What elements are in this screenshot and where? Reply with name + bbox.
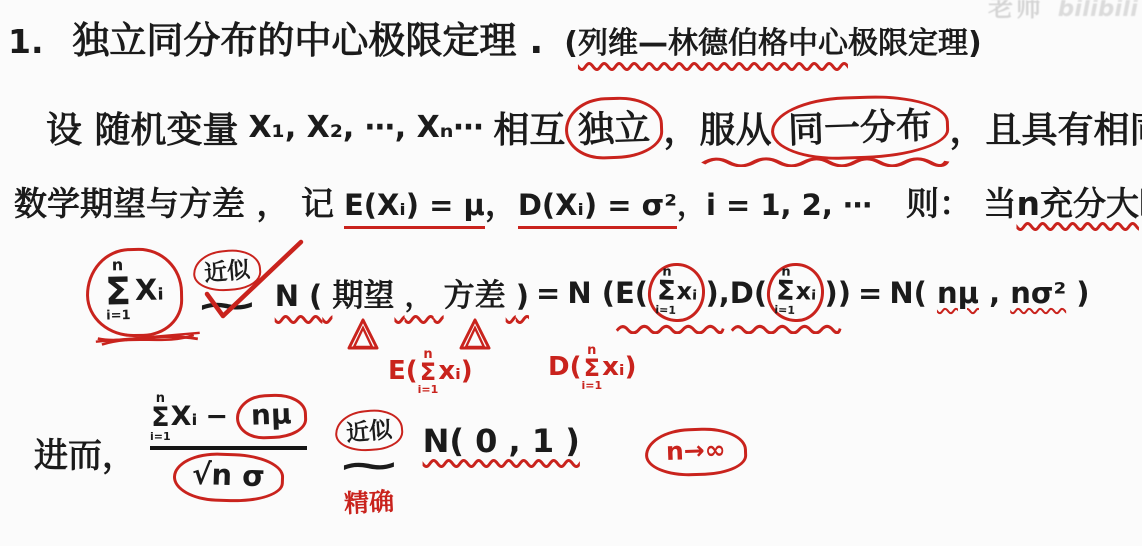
outer-close: ): [838, 276, 851, 310]
comma-1: ，: [663, 102, 699, 153]
standardized-fraction: n Σ i=1 Xᵢ − nμ √n σ: [150, 392, 307, 502]
n-large-text: n充分大: [1016, 178, 1139, 225]
fraction-denominator: √n σ: [173, 453, 284, 502]
sum-variable: xᵢ: [602, 352, 624, 382]
watermark-text-wrap: 老师 bilibili: [988, 0, 1138, 20]
index-range: ，i = 1, 2, ⋯: [677, 183, 872, 224]
sigma-operator: n Σ i=1: [104, 257, 131, 323]
sigma-lower-limit: i=1: [655, 304, 676, 316]
variance-annotation: D( n Σ i=1 xᵢ ): [548, 344, 637, 391]
fraction-numerator: n Σ i=1 Xᵢ − nμ: [150, 392, 307, 442]
ann-e-close: ): [461, 356, 473, 386]
d-close: ): [824, 276, 837, 310]
sigma-symbol: Σ: [151, 405, 169, 431]
sum-circled-small: n Σ i=1 xᵢ: [647, 262, 706, 323]
precise-label: 精确: [343, 481, 395, 520]
expectation-variance-text: 数学期望与方差 ， 记: [14, 178, 334, 225]
furthermore-text: 进而，: [34, 428, 136, 477]
title-number: 1.: [8, 22, 44, 61]
sum-circled-small: n Σ i=1 xᵢ: [766, 262, 825, 323]
minus-sign: −: [205, 401, 228, 432]
fraction-bar: [150, 446, 307, 450]
sigma-lower-limit: i=1: [150, 431, 171, 442]
sigma-operator: n Σ i=1: [581, 344, 602, 391]
statement-line-2: 数学期望与方差 ， 记 E(Xᵢ) = μ ， D(Xᵢ) = σ² ，i = …: [14, 178, 1142, 229]
obey-text: 服从: [699, 102, 771, 153]
sigma-operator: n Σ i=1: [774, 266, 796, 316]
watermark-cn-text: 老师: [988, 0, 1044, 20]
same-distribution-group: 服从 同一分布: [699, 96, 949, 159]
n-to-infinity-badge: n→∞: [644, 426, 747, 478]
sum-variable: Xᵢ: [135, 272, 164, 306]
normal-open: N (: [275, 279, 323, 313]
d-open: D(: [730, 276, 767, 310]
intro-text: 设 随机变量: [46, 102, 239, 153]
sigma-lower-limit: i=1: [581, 380, 602, 391]
sigma-operator: n Σ i=1: [655, 266, 677, 316]
independence-circled: 独立: [564, 95, 664, 160]
variables-list: X₁, X₂, ⋯, Xₙ⋯: [249, 110, 484, 145]
mean-word: 期望: [332, 270, 394, 315]
result-mean: nμ: [937, 276, 979, 310]
normal-open-2: N (: [567, 276, 615, 310]
sigma-lower-limit: i=1: [774, 304, 795, 316]
title-paren-rest: 极限定理): [848, 26, 982, 61]
title-paren-open: (: [564, 26, 578, 61]
sum-variable: Xᵢ: [171, 401, 198, 432]
mean-word-text: 期望: [332, 278, 394, 314]
generic-normal-group: N ( 期望 ， 方差 ): [275, 270, 529, 315]
sum-variable: xᵢ: [438, 356, 460, 386]
mutual-text: 相互: [493, 102, 565, 153]
wavy-underline: [615, 321, 725, 334]
scribble-underline: [94, 327, 206, 349]
result-variance: nσ²: [1010, 276, 1066, 310]
expectation-annotation: E( n Σ i=1 xᵢ ): [388, 348, 473, 395]
sum-variable: xᵢ: [676, 277, 698, 306]
wavy-underline: [699, 153, 951, 167]
variance-word-text: 方差: [444, 278, 506, 314]
approx-distributed-symbol: 近似 ∼: [193, 250, 261, 320]
n-mu-circled: nμ: [235, 393, 307, 440]
comma-2: ，: [485, 178, 518, 225]
statement-line-1: 设 随机变量 X₁, X₂, ⋯, Xₙ⋯ 相互 独立 ， 服从 同一分布 ，且…: [46, 96, 1142, 159]
handwritten-notes-page: 老师 bilibili 1. 独立同分布的中心极限定理 . (列维—林德伯格中心…: [0, 0, 1142, 546]
sigma-symbol: Σ: [420, 361, 436, 384]
conclusion-line: 进而， n Σ i=1 Xᵢ − nμ √n σ 近似 ∼ 精确 N( 0 ,: [34, 392, 580, 502]
comma-4: ,: [719, 276, 730, 310]
equals-sign: =: [536, 276, 560, 310]
title-dot: .: [529, 19, 543, 62]
ann-d-close: ): [625, 352, 637, 382]
sigma-symbol: Σ: [776, 279, 795, 305]
expectation-formula: E(Xᵢ) = μ: [344, 188, 485, 229]
ann-e-open: E(: [388, 356, 418, 386]
triangle-marker-icon: [346, 317, 380, 353]
variance-word: 方差: [444, 270, 506, 315]
variance-term: D( n Σ i=1 xᵢ ): [730, 263, 838, 322]
tilde-symbol: ∼: [193, 291, 260, 320]
result-distribution: N( nμ , nσ² ): [889, 276, 1089, 310]
approx-distributed-symbol-2: 近似 ∼ 精确: [335, 410, 403, 519]
wavy-underline: [730, 321, 842, 334]
watermark: 老师 bilibili: [988, 0, 1138, 20]
result-comma: ,: [989, 276, 1000, 310]
e-close: ): [705, 276, 718, 310]
main-formula-line: n Σ i=1 Xᵢ 近似 ∼ N ( 期望 ， 方差 ) =: [86, 248, 1090, 337]
e-open: E(: [615, 276, 648, 310]
sigma-lower-limit: i=1: [106, 309, 131, 322]
result-close: ): [1076, 276, 1089, 310]
line2-tail: ，且具有相同的: [949, 102, 1142, 153]
bilibili-logo: bilibili: [1058, 0, 1138, 20]
title-theorem-name: 列维—林德伯格中心: [578, 26, 848, 61]
same-distribution-circled: 同一分布: [770, 93, 950, 162]
sigma-symbol: Σ: [657, 279, 676, 305]
equals-sign-2: =: [858, 276, 882, 310]
title-main: 独立同分布的中心极限定理: [72, 19, 516, 62]
sigma-symbol: Σ: [584, 357, 600, 380]
title-line: 1. 独立同分布的中心极限定理 . (列维—林德伯格中心极限定理): [8, 10, 982, 64]
sigma-symbol: Σ: [105, 273, 132, 310]
sqrt-n-sigma-circled: √n σ: [172, 451, 284, 504]
then-text: 则： 当: [906, 178, 1017, 225]
variance-formula: D(Xᵢ) = σ²: [518, 188, 677, 229]
tilde-symbol-2: ∼: [335, 451, 402, 480]
sigma-operator: n Σ i=1: [418, 348, 439, 395]
sum-circled: n Σ i=1 Xᵢ: [85, 247, 183, 338]
ann-d-open: D(: [548, 352, 581, 382]
comma-3: ，: [405, 279, 434, 313]
sigma-operator: n Σ i=1: [150, 392, 171, 442]
expectation-term: E( n Σ i=1 xᵢ ): [615, 263, 719, 322]
normal-close: ): [516, 279, 529, 313]
result-open: N(: [889, 276, 927, 310]
sum-variable: xᵢ: [795, 277, 817, 306]
standard-normal-text: N( 0 , 1 ): [423, 422, 580, 460]
title-paren: (列维—林德伯格中心极限定理): [564, 26, 981, 61]
